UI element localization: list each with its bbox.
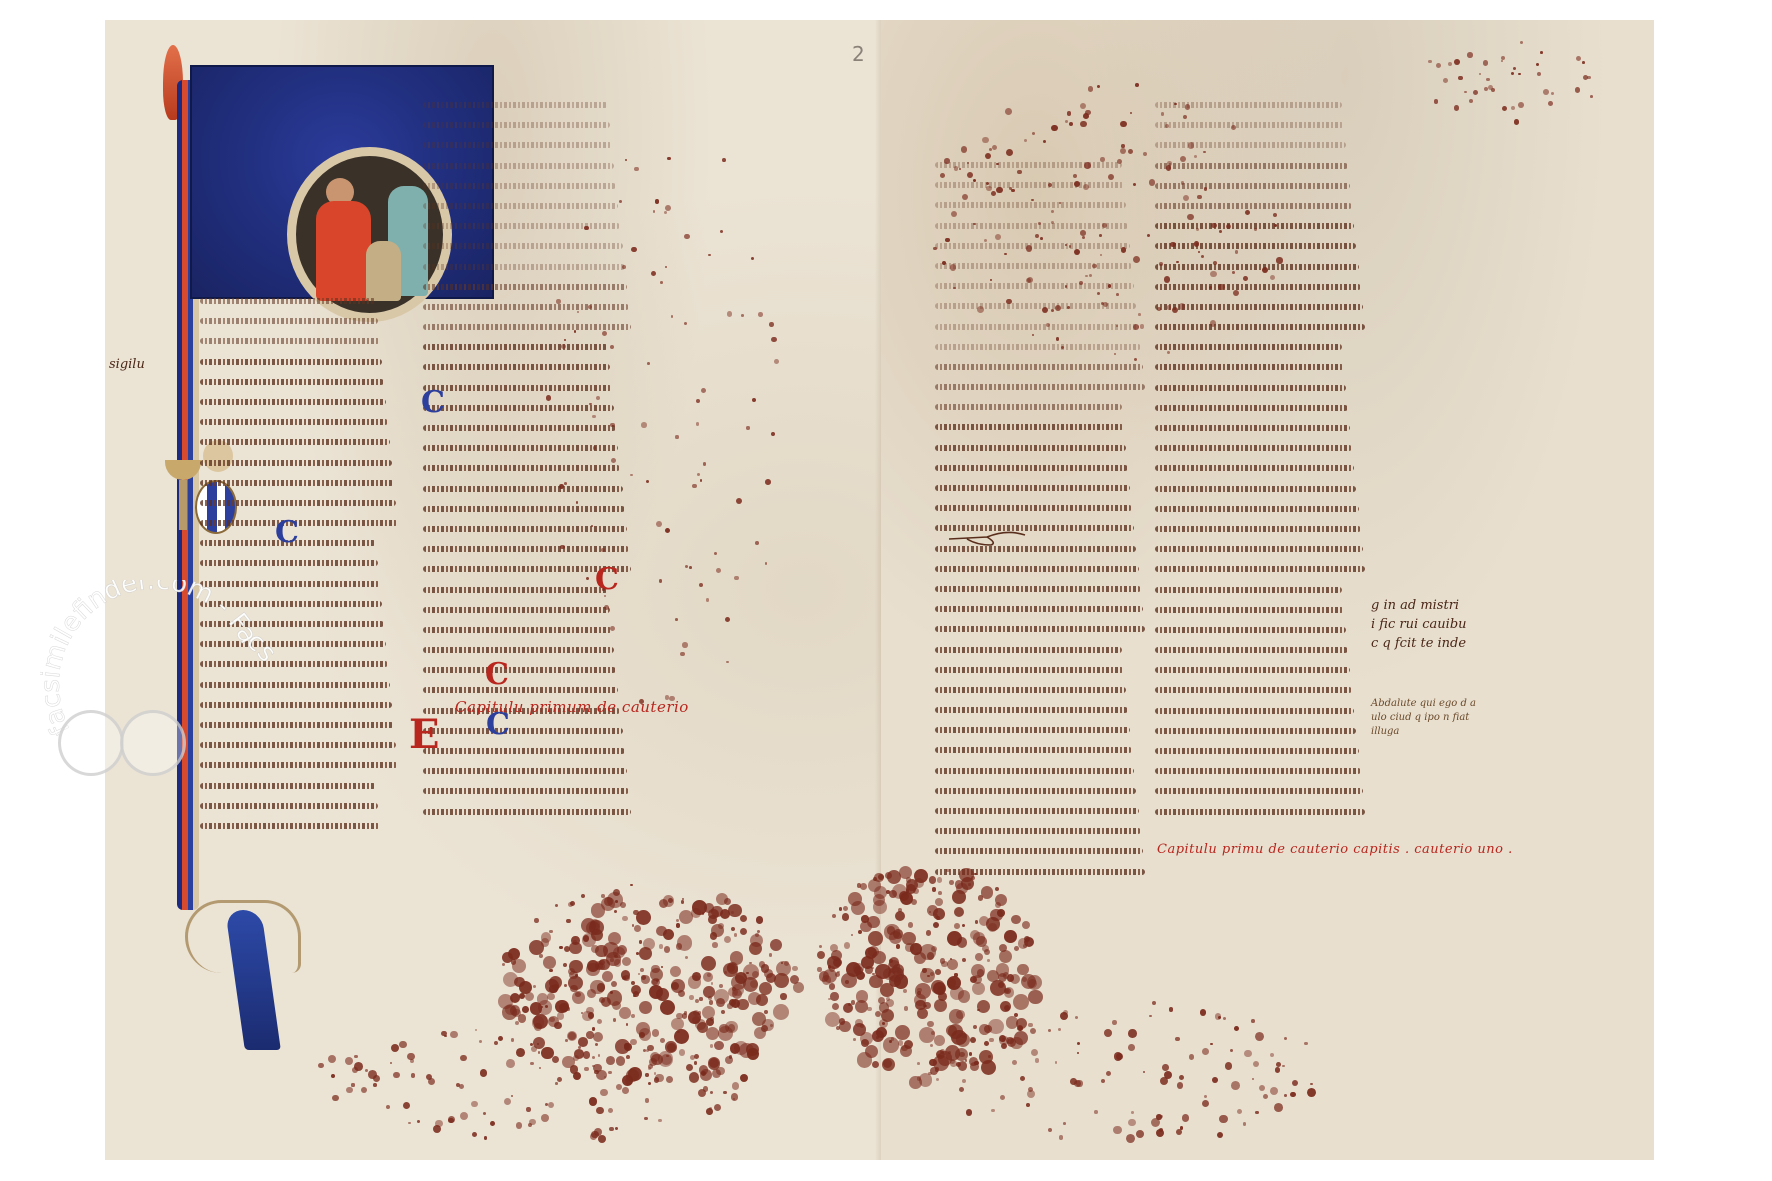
stain [530, 1002, 543, 1015]
stain [934, 1035, 945, 1046]
stain [608, 1071, 611, 1074]
stain [886, 890, 890, 894]
script-line [200, 338, 380, 344]
stain [608, 1108, 613, 1113]
script-line [423, 728, 623, 734]
script-line [1155, 142, 1346, 148]
stain [601, 548, 605, 552]
script-line [935, 465, 1128, 471]
stain [613, 1018, 617, 1022]
stain [479, 1040, 482, 1043]
manuscript-spread: sigilu C C C C C Capitulu primum de caut… [105, 20, 1654, 1160]
script-line [423, 223, 620, 229]
stain [710, 1091, 713, 1094]
stain [626, 1069, 639, 1082]
stain [1511, 72, 1514, 75]
stain [592, 1065, 595, 1068]
stain [981, 886, 993, 898]
stain [1004, 988, 1011, 995]
stain [967, 162, 969, 164]
script-line [1155, 486, 1356, 492]
stain [539, 1067, 541, 1069]
script-line [423, 486, 623, 492]
stain [595, 1043, 598, 1046]
script-line [1155, 304, 1363, 310]
stain [946, 869, 949, 872]
stain [774, 359, 779, 364]
script-line [935, 747, 1132, 753]
script-line [1155, 465, 1354, 471]
script-line [1155, 122, 1344, 128]
stain [743, 964, 759, 980]
stain [935, 898, 943, 906]
stain [986, 186, 991, 191]
stain [671, 315, 674, 318]
stain [817, 951, 825, 959]
stain [658, 1051, 674, 1067]
stain [573, 1055, 579, 1061]
stain [665, 695, 670, 700]
stain [758, 312, 763, 317]
script-line [1155, 526, 1361, 532]
stain [1128, 1119, 1135, 1126]
stain [680, 652, 684, 656]
stain [611, 981, 617, 987]
script-line [423, 607, 610, 613]
stain [1102, 223, 1107, 228]
script-line [1155, 264, 1359, 270]
stain [982, 137, 989, 144]
stain [955, 880, 964, 889]
stain [956, 1033, 970, 1047]
script-line [1155, 385, 1346, 391]
stain [543, 956, 556, 969]
script-line [200, 682, 390, 688]
script-line [423, 122, 610, 128]
stain [1467, 52, 1473, 58]
stain [660, 281, 663, 284]
script-line [423, 506, 625, 512]
stain [997, 909, 1005, 917]
stain [1106, 1071, 1111, 1076]
stain [957, 937, 967, 947]
stain [973, 223, 975, 225]
margin-note-line: c q fcit te inde [1371, 634, 1467, 653]
script-line [935, 687, 1126, 693]
stain [1234, 1026, 1239, 1031]
stain [876, 1036, 879, 1039]
script-line [200, 379, 384, 385]
stain [1067, 306, 1070, 309]
stain [555, 1000, 568, 1013]
stain [591, 525, 593, 527]
stain [560, 545, 564, 549]
stain [619, 1007, 631, 1019]
script-line [200, 359, 382, 365]
script-line [200, 722, 394, 728]
stain [950, 264, 956, 270]
stain [1502, 106, 1507, 111]
script-line [935, 162, 1122, 168]
stain [1274, 1103, 1283, 1112]
stain [1514, 119, 1520, 125]
stain [959, 1087, 964, 1092]
stain [973, 932, 985, 944]
stain [970, 1037, 976, 1043]
stain [1210, 320, 1216, 326]
stain [977, 306, 984, 313]
stain [1243, 276, 1248, 281]
stain [879, 1002, 890, 1013]
stain [1048, 1128, 1052, 1132]
stain [759, 982, 772, 995]
script-line [200, 621, 384, 627]
stain [549, 930, 553, 934]
stain [1027, 277, 1033, 283]
stain [549, 969, 553, 973]
stain [765, 479, 771, 485]
stain [1104, 1029, 1112, 1037]
script-line [423, 546, 629, 552]
margin-note: g in ad mistri i fic rui cauibu c q fcit… [1371, 596, 1467, 653]
script-line [935, 768, 1134, 774]
stain [764, 969, 773, 978]
stain [565, 1039, 568, 1042]
stain [1212, 1077, 1218, 1083]
stain [740, 1074, 748, 1082]
script-line [200, 823, 380, 829]
script-line [423, 364, 610, 370]
stain [1232, 271, 1235, 274]
script-line [423, 788, 629, 794]
stain [1031, 199, 1033, 201]
script-line [423, 284, 627, 290]
stain [639, 699, 644, 704]
script-line [200, 399, 386, 405]
stain [525, 992, 534, 1001]
stain [568, 902, 573, 907]
script-line [1155, 788, 1363, 794]
stain [564, 482, 567, 485]
stain [596, 1107, 604, 1115]
stain [931, 980, 944, 993]
script-line [935, 263, 1132, 269]
stain [996, 187, 1003, 194]
stain [554, 1022, 561, 1029]
stain [649, 1058, 657, 1066]
stain [940, 1049, 945, 1054]
stain [593, 1032, 603, 1042]
stain [475, 1029, 477, 1031]
stain [674, 1029, 689, 1044]
stain [874, 873, 883, 882]
stain [566, 919, 571, 924]
stain [1231, 1081, 1240, 1090]
stain [575, 992, 580, 997]
stain [1223, 1017, 1226, 1020]
stain [667, 157, 670, 160]
stain [645, 1073, 648, 1076]
script-line [423, 667, 616, 673]
script-line [1155, 687, 1352, 693]
stain [1540, 51, 1543, 54]
stain [1218, 284, 1225, 291]
stain [731, 911, 734, 914]
stain [557, 1077, 562, 1082]
stain [622, 265, 626, 269]
stain [1189, 1054, 1195, 1060]
stain [1100, 157, 1105, 162]
stain [684, 322, 687, 325]
stain [1120, 148, 1126, 154]
stain [734, 933, 737, 936]
stain [819, 971, 829, 981]
stain [578, 1037, 588, 1047]
script-line [423, 465, 620, 471]
stain [522, 1006, 529, 1013]
stain [969, 1057, 978, 1066]
stain [626, 1023, 628, 1025]
stain [621, 970, 630, 979]
stain [719, 1024, 728, 1033]
stain [584, 1067, 589, 1072]
stain [332, 1095, 339, 1102]
stain [726, 661, 728, 663]
stain [1017, 170, 1022, 175]
rubric-heading: Capitulu primu de cauterio capitis . cau… [1157, 842, 1513, 857]
stain [695, 999, 699, 1003]
stain [734, 576, 738, 580]
stain [1143, 152, 1147, 156]
script-line [200, 581, 380, 587]
stain [708, 996, 712, 1000]
script-line [423, 526, 627, 532]
stain [936, 1078, 939, 1081]
script-line [1155, 203, 1352, 209]
stain [1443, 78, 1448, 83]
stain [699, 997, 702, 1000]
stain [1182, 1114, 1189, 1121]
stain [914, 869, 928, 883]
stain [696, 399, 700, 403]
stain [854, 966, 863, 975]
script-line [1155, 243, 1356, 249]
stain [933, 247, 936, 250]
stain [774, 973, 789, 988]
stain [917, 1008, 928, 1019]
script-line [200, 803, 378, 809]
stain [748, 992, 761, 1005]
script-line [200, 298, 376, 304]
stain [399, 1041, 406, 1048]
stain [609, 1127, 614, 1132]
script-line [1155, 607, 1344, 613]
script-line [935, 667, 1124, 673]
stain [671, 979, 684, 992]
stain [597, 983, 606, 992]
script-line [1155, 546, 1363, 552]
stain [1518, 102, 1524, 108]
stain [1134, 358, 1137, 361]
red-capital: C [595, 565, 619, 595]
stain [1157, 307, 1161, 311]
stain [708, 1057, 721, 1070]
stain [909, 1076, 921, 1088]
stain [933, 908, 945, 920]
stain [1004, 930, 1017, 943]
stain [616, 1084, 622, 1090]
stain [959, 868, 973, 882]
stain [974, 873, 977, 876]
stain [552, 1056, 559, 1063]
stain [1059, 202, 1061, 204]
stain [639, 1032, 645, 1038]
script-line [423, 102, 608, 108]
stain [746, 426, 749, 429]
stain [373, 1083, 377, 1087]
stain [1161, 112, 1164, 115]
stain [606, 1056, 615, 1065]
script-line [1155, 102, 1342, 108]
stain [708, 254, 711, 257]
left-column-1 [200, 298, 400, 843]
stain [1254, 228, 1257, 231]
stain [884, 924, 900, 940]
stain [1103, 302, 1108, 307]
stain [391, 1044, 399, 1052]
stain [755, 541, 759, 545]
stain [539, 954, 543, 958]
stain [701, 956, 716, 971]
stain [556, 299, 560, 303]
stain [944, 158, 950, 164]
script-line [935, 848, 1143, 854]
stain [1013, 994, 1029, 1010]
stain [682, 642, 687, 647]
rubric-heading: Capitulu primum de cauterio [455, 698, 689, 716]
stain [1152, 1001, 1156, 1005]
stain [1048, 1029, 1051, 1032]
stain [1116, 325, 1118, 327]
stain [1164, 276, 1170, 282]
stain [601, 897, 615, 911]
script-line [1155, 667, 1350, 673]
stain [985, 153, 991, 159]
stain [660, 1038, 665, 1043]
margin-label: sigilu [109, 355, 145, 374]
script-line [423, 264, 625, 270]
script-line [1155, 506, 1359, 512]
script-line [935, 727, 1130, 733]
stain [1177, 1082, 1184, 1089]
stain [526, 1107, 530, 1111]
script-line [935, 404, 1122, 410]
stain [898, 908, 902, 912]
stain [1084, 162, 1090, 168]
script-line [935, 424, 1124, 430]
stain [977, 1009, 980, 1012]
stain [986, 182, 989, 185]
stain [564, 984, 567, 987]
stain [502, 963, 505, 966]
stain [946, 1025, 957, 1036]
stain [771, 337, 776, 342]
script-line [1155, 708, 1354, 714]
stain [773, 1004, 789, 1020]
stain [954, 973, 957, 976]
page-number: 2 [852, 42, 865, 66]
stain [679, 1049, 685, 1055]
stain [681, 900, 684, 903]
script-line [423, 243, 623, 249]
stain [1176, 1129, 1182, 1135]
script-line [200, 560, 378, 566]
stain [1276, 257, 1282, 263]
stain [1028, 1023, 1032, 1027]
stain [765, 562, 767, 564]
script-line [1155, 284, 1361, 290]
decorated-initial-e: E [409, 715, 440, 755]
stain [407, 1053, 415, 1061]
stain [331, 1074, 335, 1078]
stain [950, 1060, 957, 1067]
stain [654, 1077, 659, 1082]
stain [671, 1018, 684, 1031]
stain [1032, 334, 1034, 336]
stain [1275, 1067, 1280, 1072]
stain [930, 1067, 938, 1075]
stain [1120, 121, 1126, 127]
stain [747, 1048, 759, 1060]
script-line [1155, 647, 1348, 653]
script-line [200, 641, 386, 647]
script-line [1155, 809, 1365, 815]
stain [989, 1038, 993, 1042]
stain [670, 966, 681, 977]
stain [652, 978, 660, 986]
script-line [935, 243, 1130, 249]
stain [1543, 89, 1549, 95]
stain [1026, 245, 1032, 251]
stain [597, 963, 604, 970]
student-figure [366, 241, 401, 301]
script-line [935, 445, 1126, 451]
stain [1116, 1053, 1123, 1060]
stain [1176, 261, 1178, 263]
stain [664, 946, 671, 953]
stain [940, 958, 946, 964]
stain [1056, 337, 1060, 341]
stain [1099, 234, 1102, 237]
script-line [1155, 405, 1348, 411]
stain [949, 1009, 963, 1023]
script-line [423, 687, 618, 693]
stain [919, 1027, 935, 1043]
script-line [423, 647, 614, 653]
stain [1031, 1049, 1038, 1056]
stain [741, 314, 744, 317]
stain [1187, 214, 1193, 220]
stain [622, 957, 631, 966]
stain [706, 1027, 719, 1040]
stain [1244, 1050, 1251, 1057]
blue-capital: C [275, 518, 299, 548]
stain [1454, 59, 1460, 65]
stain [541, 1114, 549, 1122]
stain [937, 877, 943, 883]
stain [945, 238, 949, 242]
stain [571, 936, 579, 944]
